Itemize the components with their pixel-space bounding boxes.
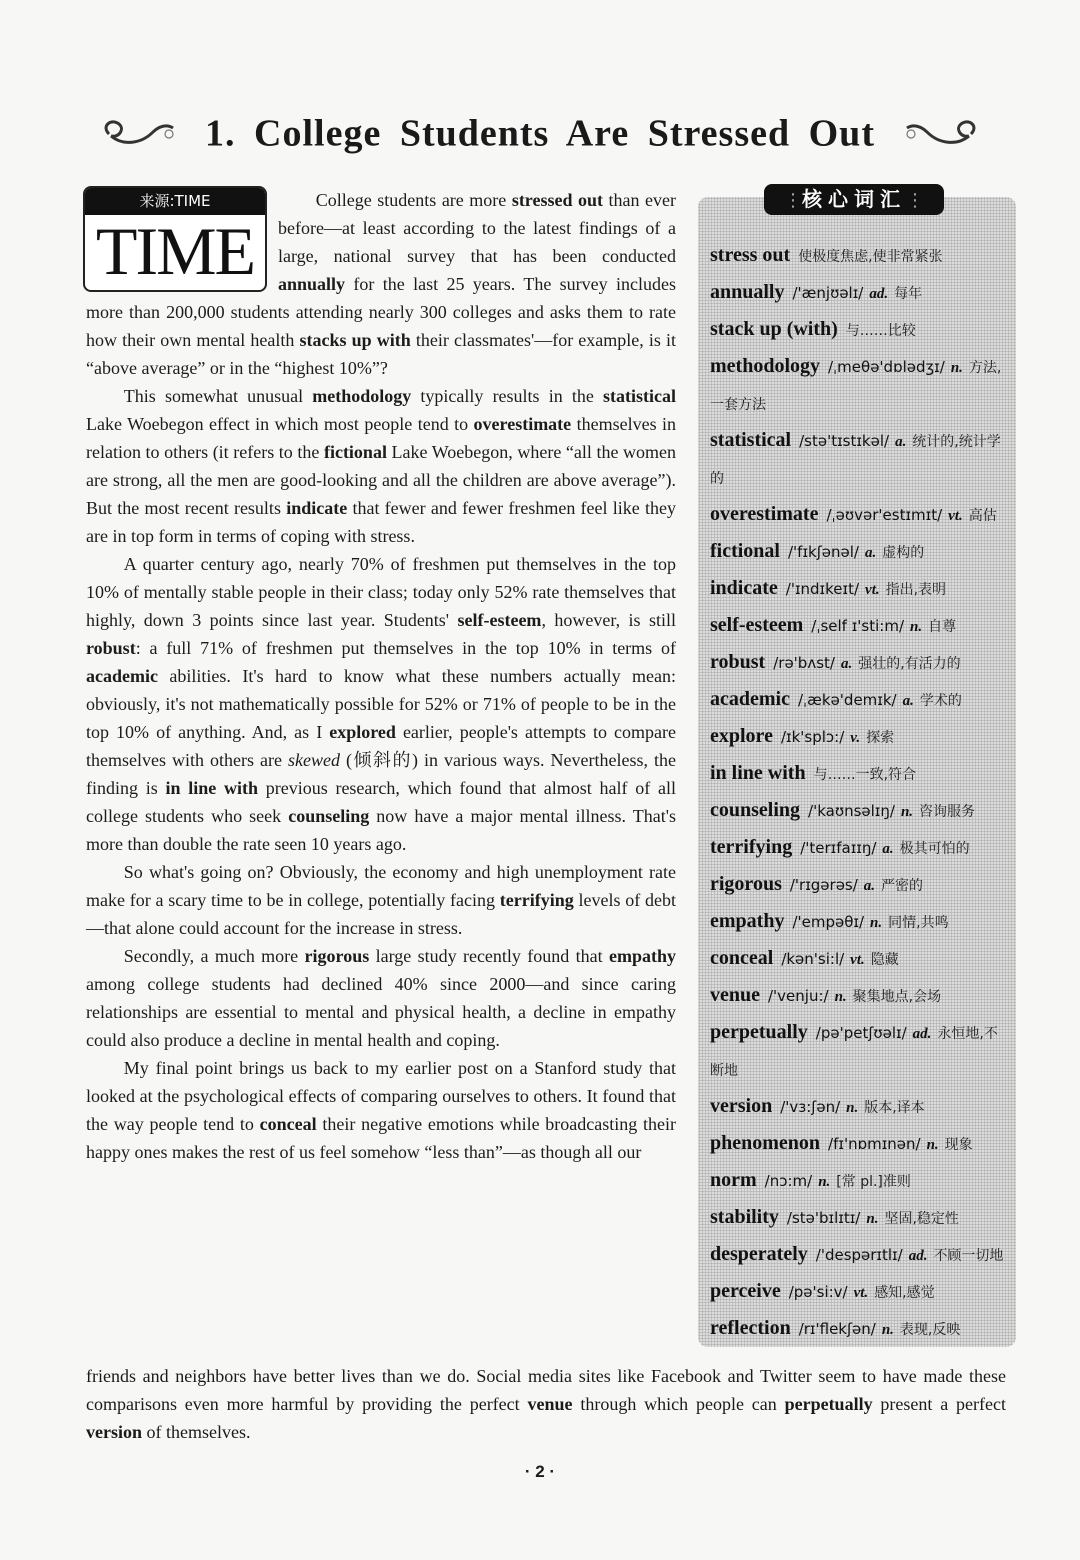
key-term: self-esteem [457, 610, 541, 630]
text-run: College students are more [316, 190, 512, 210]
vocab-zh: 每年 [894, 286, 922, 302]
vocab-pos: a. [865, 545, 876, 561]
vocab-pos: n. [901, 804, 913, 820]
vocab-item: phenomenon/fɪ'nɒmɪnən/n.现象 [710, 1126, 1010, 1163]
vocab-ipa: /fɪ'nɒmɪnən/ [828, 1135, 921, 1153]
key-term: version [86, 1422, 142, 1442]
key-term: overestimate [474, 414, 572, 434]
key-term: empathy [609, 946, 676, 966]
vocab-pos: n. [927, 1137, 939, 1153]
vocab-item: conceal/kən'si:l/vt.隐藏 [710, 941, 1010, 978]
vocab-pos: vt. [865, 582, 880, 598]
vocab-word: in line with [710, 762, 806, 784]
text-run: , however, is still [541, 610, 676, 630]
vocab-ipa: /pə'petʃʊəlɪ/ [816, 1024, 907, 1042]
vocab-zh: 指出,表明 [886, 582, 946, 598]
vocab-word: academic [710, 688, 790, 710]
vocab-item: robust/rə'bʌst/a.强壮的,有活力的 [710, 645, 1010, 682]
key-term: robust [86, 638, 136, 658]
vocab-pos: vt. [850, 952, 865, 968]
key-term: stacks up with [300, 330, 411, 350]
vocab-ipa: /'rɪgərəs/ [790, 876, 858, 894]
text-run: among college students had declined 40% … [86, 974, 676, 1050]
text-run: present a perfect [873, 1394, 1006, 1414]
vocab-item: perceive/pə'si:v/vt.感知,感觉 [710, 1274, 1010, 1311]
key-term: explored [329, 722, 396, 742]
vocab-word: phenomenon [710, 1132, 820, 1154]
vocab-word: counseling [710, 799, 800, 821]
vocab-ipa: /ˌmeθə'dɒlədʒɪ/ [828, 358, 945, 376]
vocab-heading: ⋮核心词汇⋮ [764, 184, 944, 215]
key-term: statistical [603, 386, 676, 406]
vocab-pos: ad. [869, 286, 888, 302]
key-term: in line with [165, 778, 258, 798]
vocab-pos: n. [910, 619, 922, 635]
italic-term: skewed [288, 750, 340, 770]
vocab-word: explore [710, 725, 773, 747]
vocab-word: terrifying [710, 836, 792, 858]
vocab-zh: 极其可怕的 [900, 841, 970, 857]
vocab-ipa: /'venju:/ [768, 987, 829, 1005]
vocab-item: explore/ɪk'splɔ:/v.探索 [710, 719, 1010, 756]
vocab-zh: 与……比较 [846, 323, 916, 339]
vocab-word: overestimate [710, 503, 818, 525]
vocab-zh: 聚集地点,会场 [853, 989, 941, 1005]
vocab-word: fictional [710, 540, 780, 562]
text-run: Lake Woebegon effect in which most peopl… [86, 414, 474, 434]
vocab-pos: ad. [909, 1248, 928, 1264]
vocab-ipa: /nɔ:m/ [765, 1172, 813, 1190]
vocab-pos: a. [903, 693, 914, 709]
vocab-ipa: /ɪk'splɔ:/ [781, 728, 844, 746]
article-body: College students are more stressed out t… [86, 186, 676, 1166]
vocab-item: fictional/'fɪkʃənəl/a.虚构的 [710, 534, 1010, 571]
vocab-item: academic/ˌækə'demɪk/a.学术的 [710, 682, 1010, 719]
vocab-zh: 探索 [866, 730, 894, 746]
vocab-ipa: /ˌækə'demɪk/ [798, 691, 897, 709]
vocab-ipa: /'empəθɪ/ [792, 913, 864, 931]
key-term: perpetually [785, 1394, 873, 1414]
vocab-word: norm [710, 1169, 757, 1191]
page-number: · 2 · [0, 1462, 1080, 1482]
vocab-ipa: /rɪ'flekʃən/ [799, 1320, 876, 1338]
vocab-ipa: /stə'tɪstɪkəl/ [799, 432, 889, 450]
vocab-ipa: /ˌəʊvər'estɪmɪt/ [826, 506, 942, 524]
text-run: : a full 71% of freshmen put themselves … [136, 638, 676, 658]
key-term: indicate [286, 498, 347, 518]
vocab-zh: 强壮的,有活力的 [858, 656, 960, 672]
vocab-ipa: /'despərɪtlɪ/ [816, 1246, 903, 1264]
vocab-zh: 不顾一切地 [933, 1248, 1003, 1264]
vocab-word: methodology [710, 355, 820, 377]
vocab-pos: n. [951, 360, 963, 376]
vocab-zh: 高估 [969, 508, 997, 524]
article-title: 1. College Students Are Stressed Out [0, 108, 1080, 155]
key-term: stressed out [512, 190, 603, 210]
vocab-item: desperately/'despərɪtlɪ/ad.不顾一切地 [710, 1237, 1010, 1274]
text-run: This somewhat unusual [124, 386, 312, 406]
vocab-zh: [常 pl.]准则 [836, 1174, 911, 1190]
vocab-word: annually [710, 281, 784, 303]
vocab-zh: 虚构的 [882, 545, 924, 561]
article-paragraph: A quarter century ago, nearly 70% of fre… [86, 550, 676, 858]
text-run: large study recently found that [369, 946, 609, 966]
vocab-zh: 同情,共鸣 [888, 915, 948, 931]
vocab-item: self-esteem/ˌself ɪ'sti:m/n.自尊 [710, 608, 1010, 645]
vocab-zh: 隐藏 [871, 952, 899, 968]
vocab-pos: n. [882, 1322, 894, 1338]
vocab-zh: 感知,感觉 [874, 1285, 934, 1301]
title-text: College Students Are Stressed Out [254, 112, 875, 154]
vocab-item: perpetually/pə'petʃʊəlɪ/ad.永恒地,不断地 [710, 1015, 1010, 1089]
vocab-ipa: /stə'bɪlɪtɪ/ [787, 1209, 860, 1227]
vocab-word: self-esteem [710, 614, 803, 636]
vocab-word: perpetually [710, 1021, 808, 1043]
vocab-zh: 学术的 [920, 693, 962, 709]
vocab-word: stability [710, 1206, 779, 1228]
vocab-pos: vt. [854, 1285, 869, 1301]
key-term: counseling [288, 806, 369, 826]
vocab-zh: 使极度焦虑,使非常紧张 [798, 249, 942, 265]
vocab-ipa: /'vɜ:ʃən/ [780, 1098, 840, 1116]
vocab-word: stack up (with) [710, 318, 838, 340]
vocab-ipa: /'ænjʊəlɪ/ [792, 284, 863, 302]
vocab-word: desperately [710, 1243, 808, 1265]
vocab-item: norm/nɔ:m/n.[常 pl.]准则 [710, 1163, 1010, 1200]
right-flourish-icon [903, 116, 983, 150]
left-flourish-icon [97, 116, 177, 150]
text-run: typically results in the [411, 386, 603, 406]
title-number: 1. [205, 112, 236, 154]
vocab-zh: 版本,译本 [864, 1100, 924, 1116]
vocab-word: indicate [710, 577, 778, 599]
vocab-word: conceal [710, 947, 773, 969]
vocab-zh: 严密的 [881, 878, 923, 894]
vocab-word: empathy [710, 910, 784, 932]
vocab-zh: 咨询服务 [919, 804, 975, 820]
article-paragraph: My final point brings us back to my earl… [86, 1054, 676, 1166]
vocab-zh: 现象 [945, 1137, 973, 1153]
vocab-pos: v. [850, 730, 860, 746]
vocab-item: stack up (with)与……比较 [710, 312, 1010, 349]
article-paragraph: This somewhat unusual methodology typica… [86, 382, 676, 550]
vocab-item: overestimate/ˌəʊvər'estɪmɪt/vt.高估 [710, 497, 1010, 534]
key-term: conceal [260, 1114, 317, 1134]
text-run: Secondly, a much more [124, 946, 305, 966]
vocab-list: stress out使极度焦虑,使非常紧张annually/'ænjʊəlɪ/a… [710, 238, 1010, 1348]
vocab-item: methodology/ˌmeθə'dɒlədʒɪ/n.方法,一套方法 [710, 349, 1010, 423]
vocab-ipa: /'terɪfaɪɪŋ/ [800, 839, 876, 857]
vocab-pos: a. [882, 841, 893, 857]
vocab-zh: 表现,反映 [900, 1322, 960, 1338]
article-paragraph: So what's going on? Obviously, the econo… [86, 858, 676, 942]
text-run: of themselves. [142, 1422, 250, 1442]
vocab-item: in line with与……一致,符合 [710, 756, 1010, 793]
vocab-item: stress out使极度焦虑,使非常紧张 [710, 238, 1010, 275]
vocab-pos: n. [866, 1211, 878, 1227]
vocab-pos: n. [870, 915, 882, 931]
vocab-ipa: /rə'bʌst/ [773, 654, 835, 672]
key-term: academic [86, 666, 158, 686]
vocab-word: reflection [710, 1317, 791, 1339]
vocab-item: empathy/'empəθɪ/n.同情,共鸣 [710, 904, 1010, 941]
key-term: methodology [312, 386, 411, 406]
article-tail: friends and neighbors have better lives … [86, 1362, 1006, 1446]
vocab-ipa: /'ɪndɪkeɪt/ [786, 580, 859, 598]
vocab-item: reflection/rɪ'flekʃən/n.表现,反映 [710, 1311, 1010, 1348]
vocab-zh: 自尊 [928, 619, 956, 635]
vocab-word: robust [710, 651, 765, 673]
key-term: terrifying [500, 890, 574, 910]
vocab-pos: vt. [948, 508, 963, 524]
vocab-zh: 与……一致,符合 [814, 767, 916, 783]
vocab-item: counseling/'kaʊnsəlɪŋ/n.咨询服务 [710, 793, 1010, 830]
vocab-pos: a. [895, 434, 906, 450]
vocab-item: rigorous/'rɪgərəs/a.严密的 [710, 867, 1010, 904]
vocab-ipa: /pə'si:v/ [789, 1283, 848, 1301]
vocab-item: indicate/'ɪndɪkeɪt/vt.指出,表明 [710, 571, 1010, 608]
vocab-ipa: /'fɪkʃənəl/ [788, 543, 859, 561]
vocab-pos: n. [835, 989, 847, 1005]
vocab-item: venue/'venju:/n.聚集地点,会场 [710, 978, 1010, 1015]
vocab-zh: 坚固,稳定性 [884, 1211, 958, 1227]
vocab-ipa: /kən'si:l/ [781, 950, 844, 968]
vocab-pos: ad. [913, 1026, 932, 1042]
text-run: through which people can [573, 1394, 785, 1414]
vocab-word: venue [710, 984, 760, 1006]
vocab-ipa: /ˌself ɪ'sti:m/ [811, 617, 904, 635]
vocab-pos: n. [846, 1100, 858, 1116]
vocab-item: statistical/stə'tɪstɪkəl/a.统计的,统计学的 [710, 423, 1010, 497]
key-term: fictional [324, 442, 387, 462]
vocab-word: statistical [710, 429, 791, 451]
vocab-word: rigorous [710, 873, 782, 895]
key-term: rigorous [305, 946, 370, 966]
vocab-word: perceive [710, 1280, 781, 1302]
vocab-item: version/'vɜ:ʃən/n.版本,译本 [710, 1089, 1010, 1126]
article-paragraph: Secondly, a much more rigorous large stu… [86, 942, 676, 1054]
key-term: venue [528, 1394, 573, 1414]
vocab-item: stability/stə'bɪlɪtɪ/n.坚固,稳定性 [710, 1200, 1010, 1237]
vocab-word: stress out [710, 244, 790, 266]
vocab-pos: n. [818, 1174, 830, 1190]
vocab-ipa: /'kaʊnsəlɪŋ/ [808, 802, 895, 820]
vocab-word: version [710, 1095, 772, 1117]
vocab-item: terrifying/'terɪfaɪɪŋ/a.极其可怕的 [710, 830, 1010, 867]
vocab-pos: a. [864, 878, 875, 894]
vocab-pos: a. [841, 656, 852, 672]
vocab-item: annually/'ænjʊəlɪ/ad.每年 [710, 275, 1010, 312]
key-term: annually [278, 274, 345, 294]
